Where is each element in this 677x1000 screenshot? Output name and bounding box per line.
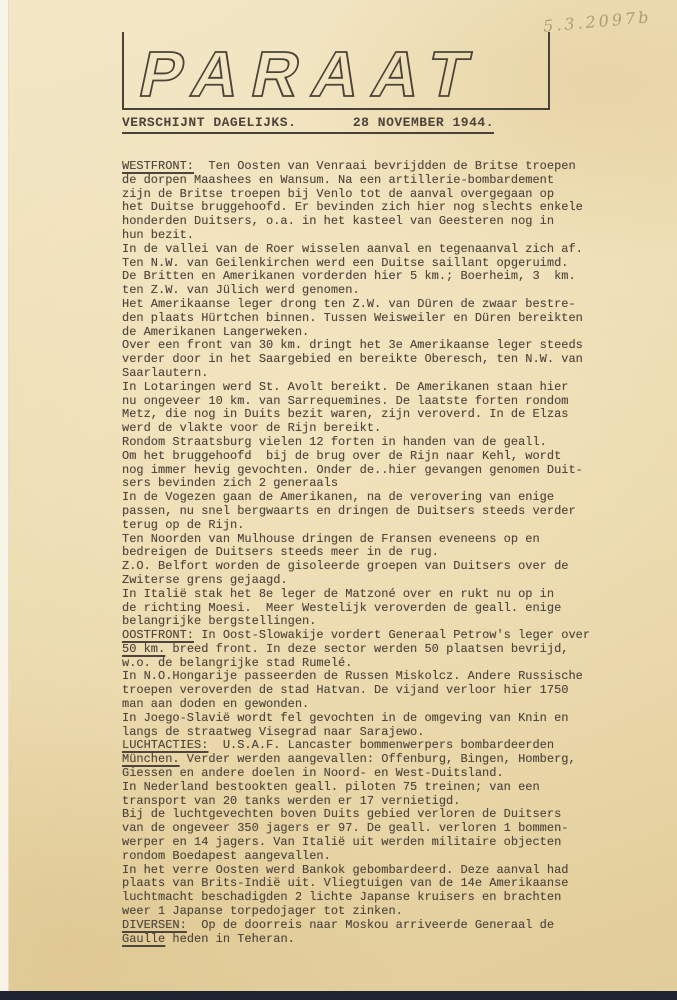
text-line: In Italië stak het 8e leger de Matzoné o… (122, 588, 667, 602)
text-line: van de ongeveer 350 jagers er 97. De gea… (122, 822, 667, 836)
text-line: 50 km. breed front. In deze sector werde… (122, 643, 667, 657)
scanned-document-page: 5.3.2097b PARAAT VERSCHIJNT DAGELIJKS. 2… (0, 0, 677, 1000)
scan-left-edge-strip (0, 0, 9, 1000)
scan-bottom-edge-strip (0, 991, 677, 1000)
text-line: OOSTFRONT: In Oost-Slowakije vordert Gen… (122, 629, 667, 643)
section-label: 50 km. (122, 642, 165, 656)
text-line: Zwiterse grens gejaagd. (122, 574, 667, 588)
text-line: de richting Moesi. Meer Westelijk verove… (122, 602, 667, 616)
text-line: terug op de Rijn. (122, 519, 667, 533)
section-label: WESTFRONT: (122, 159, 194, 173)
text-line: de Amerikanen Langerweken. (122, 326, 667, 340)
text-line: In Nederland bestookten geall. piloten 7… (122, 781, 667, 795)
text-line: Het Amerikaanse leger drong ten Z.W. van… (122, 298, 667, 312)
section-label: LUCHTACTIES: (122, 738, 208, 752)
text-line: Over een front van 30 km. dringt het 3e … (122, 339, 667, 353)
section-label: Gaulle (122, 932, 165, 946)
text-line: In de Vogezen gaan de Amerikanen, na de … (122, 491, 667, 505)
text-line: honderden Duitsers, o.a. in het kasteel … (122, 215, 667, 229)
section-label: DIVERSEN: (122, 918, 187, 932)
section-label: München. (122, 752, 180, 766)
text-line: hun bezit. (122, 229, 667, 243)
section-label: OOSTFRONT: (122, 628, 194, 642)
text-line: rondom Boedapest aangevallen. (122, 850, 667, 864)
text-line: verder door in het Saargebied en bereikt… (122, 353, 667, 367)
text-line: Ten Noorden van Mulhouse dringen de Fran… (122, 533, 667, 547)
text-line: München. Verder werden aangevallen: Offe… (122, 753, 667, 767)
text-line: werper en 14 jagers. Van Italië uit werd… (122, 836, 667, 850)
text-line: In het verre Oosten werd Bankok gebombar… (122, 864, 667, 878)
text-line: Bij de luchtgevechten boven Duits gebied… (122, 808, 667, 822)
text-line: Om het bruggehoofd bij de brug over de R… (122, 450, 667, 464)
text-line: weer 1 Japanse torpedojager tot zinken. (122, 905, 667, 919)
text-line: bedreigen de Duitsers steeds meer in de … (122, 546, 667, 560)
document-content: PARAAT VERSCHIJNT DAGELIJKS. 28 NOVEMBER… (122, 32, 667, 946)
text-line: In Joego-Slavië wordt fel gevochten in d… (122, 712, 667, 726)
text-line: De Britten en Amerikanen vorderden hier … (122, 270, 667, 284)
text-line: den plaats Hürtchen binnen. Tussen Weisw… (122, 312, 667, 326)
masthead-frame: PARAAT (122, 32, 550, 110)
text-line: LUCHTACTIES: U.S.A.F. Lancaster bommenwe… (122, 739, 667, 753)
text-line: troepen veroverden de stad Hatvan. De vi… (122, 684, 667, 698)
text-line: transport van 20 tanks werden er 17 vern… (122, 795, 667, 809)
text-line: belangrijke bergstellingen. (122, 615, 667, 629)
text-line: In de vallei van de Roer wisselen aanval… (122, 243, 667, 257)
text-line: het Duitse bruggehoofd. Er bevinden zich… (122, 201, 667, 215)
masthead-subtitle-row: VERSCHIJNT DAGELIJKS. 28 NOVEMBER 1944. (122, 115, 494, 134)
text-line: Z.O. Belfort worden de gisoleerde groepe… (122, 560, 667, 574)
text-line: werd de vlakte voor de Rijn bereikt. (122, 422, 667, 436)
issue-date: 28 NOVEMBER 1944. (353, 115, 494, 130)
text-line: sers bevinden zich 2 generaals (122, 477, 667, 491)
text-line: DIVERSEN: Op de doorreis naar Moskou arr… (122, 919, 667, 933)
text-line: Metz, die nog in Duits bezit waren, zijn… (122, 408, 667, 422)
text-line: w.o. de belangrijke stad Rumelé. (122, 657, 667, 671)
text-line: In N.O.Hongarije passeerden de Russen Mi… (122, 670, 667, 684)
text-line: Gaulle heden in Teheran. (122, 933, 667, 947)
text-line: Saarlautern. (122, 367, 667, 381)
text-line: passen, nu snel bergwaarts en dringen de… (122, 505, 667, 519)
text-line: man aan doden en gewonden. (122, 698, 667, 712)
text-line: Giessen en andere doelen in Noord- en We… (122, 767, 667, 781)
text-line: nog immer hevig gevochten. Onder de..hie… (122, 464, 667, 478)
text-line: nu ongeveer 10 km. van Sarrequemines. De… (122, 395, 667, 409)
text-line: luchtmacht beschadigden 2 lichte Japanse… (122, 891, 667, 905)
text-line: ten Z.W. van Jülich werd genomen. (122, 284, 667, 298)
text-line: langs de straatweg Visegrad naar Sarajew… (122, 726, 667, 740)
publication-frequency: VERSCHIJNT DAGELIJKS. (122, 115, 296, 130)
text-line: plaats van Brits-Indië uit. Vliegtuigen … (122, 877, 667, 891)
text-line: Ten N.W. van Geilenkirchen werd een Duit… (122, 257, 667, 271)
text-line: de dorpen Maashees en Wansum. Na een art… (122, 174, 667, 188)
text-line: In Lotaringen werd St. Avolt bereikt. De… (122, 381, 667, 395)
text-line: WESTFRONT: Ten Oosten van Venraai bevrij… (122, 160, 667, 174)
text-line: Rondom Straatsburg vielen 12 forten in h… (122, 436, 667, 450)
body-text: WESTFRONT: Ten Oosten van Venraai bevrij… (122, 160, 667, 946)
masthead-logo: PARAAT (124, 32, 548, 108)
text-line: zijn de Britse troepen bij Venlo tot de … (122, 188, 667, 202)
masthead-title: PARAAT (133, 38, 489, 110)
